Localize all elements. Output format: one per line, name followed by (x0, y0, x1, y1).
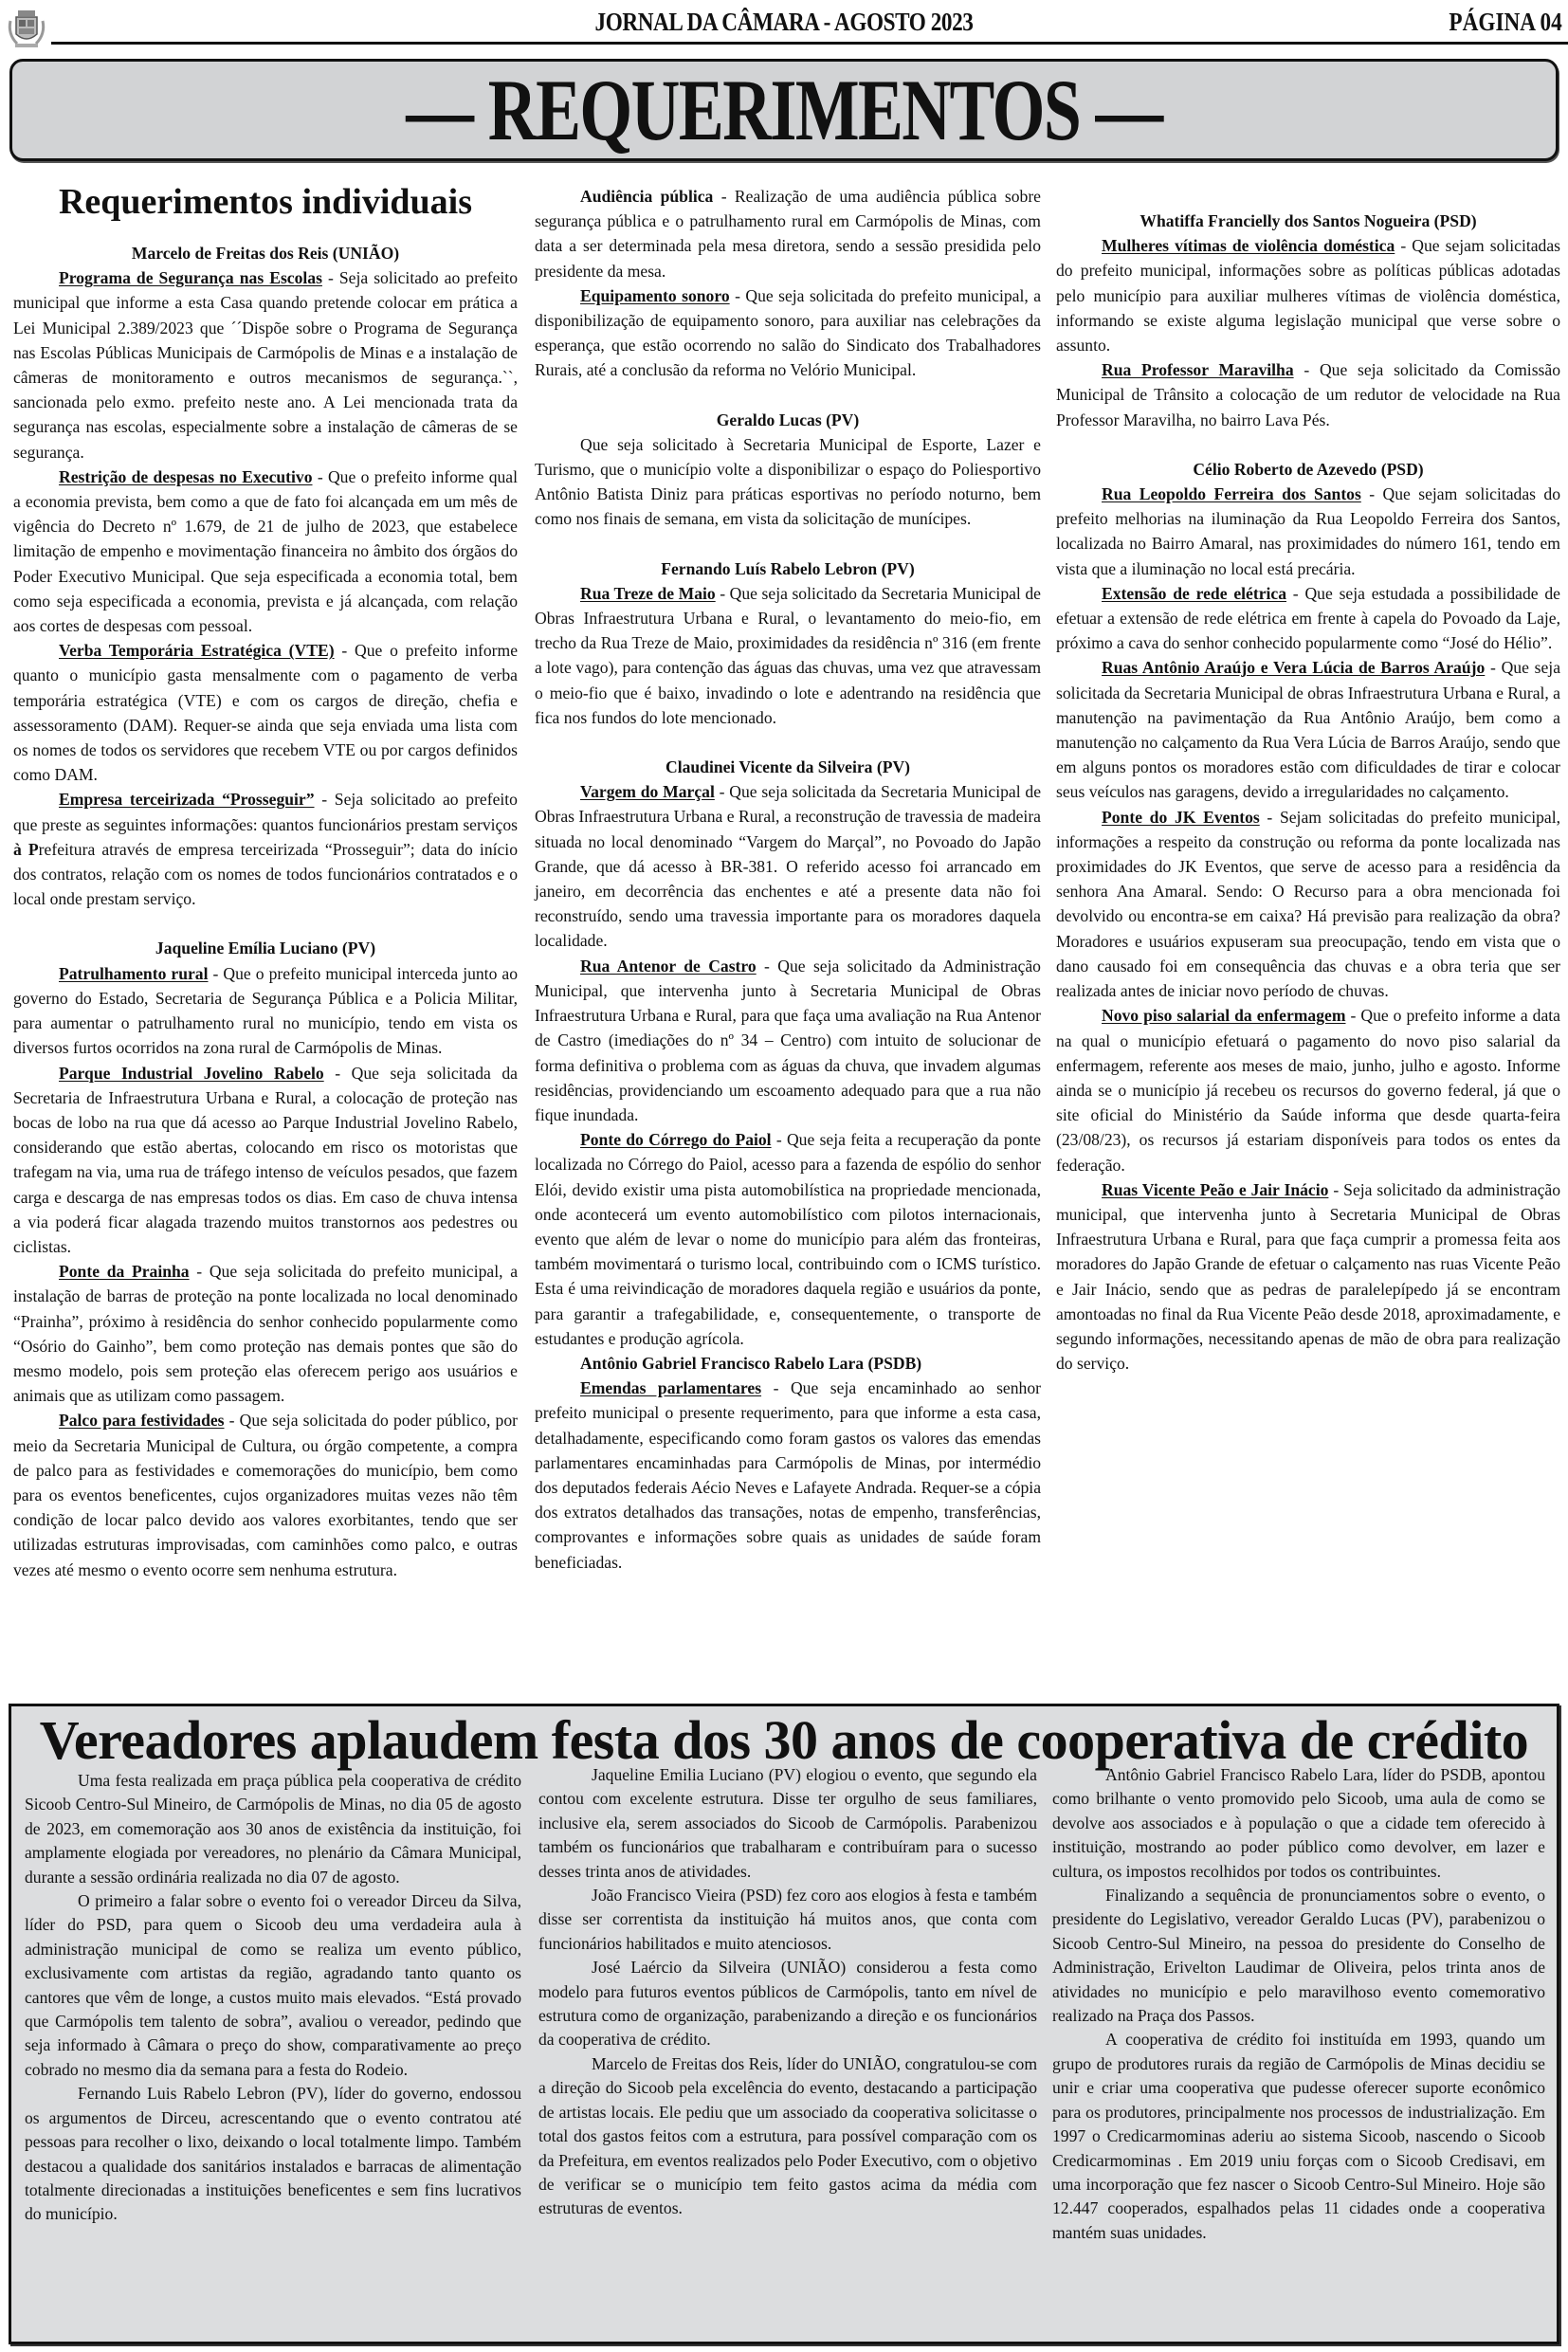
request-item: Patrulhamento rural - Que o prefeito mun… (13, 961, 518, 1061)
masthead-rule (51, 42, 1568, 45)
article-paragraph: A cooperativa de crédito foi instituída … (1052, 2028, 1545, 2245)
request-title: Ponte do JK Eventos (1102, 808, 1260, 827)
request-title: Extensão de rede elétrica (1102, 584, 1286, 603)
author-heading: Jaqueline Emília Luciano (PV) (13, 936, 518, 960)
request-title: Rua Leopoldo Ferreira dos Santos (1102, 484, 1361, 503)
request-title: Restrição de despesas no Executivo (59, 467, 313, 486)
author-heading: Whatiffa Francielly dos Santos Nogueira … (1056, 209, 1560, 233)
request-item: Mulheres vítimas de violência doméstica … (1056, 233, 1560, 357)
request-title: Rua Antenor de Castro (580, 957, 757, 975)
request-title: Rua Treze de Maio (580, 584, 716, 603)
request-item: Empresa terceirizada “Prosseguir” - Seja… (13, 787, 518, 911)
request-title: Rua Professor Maravilha (1102, 360, 1294, 379)
masthead: JORNAL DA CÂMARA - AGOSTO 2023 PÁGINA 04 (0, 0, 1568, 47)
request-title: Parque Industrial Jovelino Rabelo (59, 1064, 324, 1083)
request-title: Novo piso salarial da enfermagem (1102, 1006, 1346, 1025)
request-title: Ruas Antônio Araújo e Vera Lúcia de Barr… (1102, 658, 1485, 677)
request-item: Ruas Antônio Araújo e Vera Lúcia de Barr… (1056, 655, 1560, 804)
author-heading: Claudinei Vicente da Silveira (PV) (535, 755, 1041, 779)
author-heading: Antônio Gabriel Francisco Rabelo Lara (P… (535, 1351, 1041, 1376)
article-paragraph: O primeiro a falar sobre o evento foi o … (25, 1889, 521, 2082)
article-paragraph: Marcelo de Freitas dos Reis, líder do UN… (538, 2052, 1037, 2221)
request-item: Novo piso salarial da enfermagem - Que o… (1056, 1003, 1560, 1176)
article-column-1: Uma festa realizada em praça pública pel… (25, 1769, 521, 2227)
request-item: Parque Industrial Jovelino Rabelo - Que … (13, 1061, 518, 1260)
author-heading: Fernando Luís Rabelo Lebron (PV) (535, 556, 1041, 581)
request-item: Restrição de despesas no Executivo - Que… (13, 465, 518, 638)
section-banner: — REQUERIMENTOS — (9, 59, 1559, 161)
request-title: Vargem do Marçal (580, 782, 715, 801)
article-paragraph: Jaqueline Emilia Luciano (PV) elogiou o … (538, 1763, 1037, 1884)
request-title: Patrulhamento rural (59, 964, 209, 983)
request-title: Audiência pública (580, 187, 713, 206)
request-item: Programa de Segurança nas Escolas - Seja… (13, 265, 518, 465)
request-item: Ruas Vicente Peão e Jair Inácio - Seja s… (1056, 1177, 1560, 1377)
article-paragraph: José Laércio da Silveira (UNIÃO) conside… (538, 1956, 1037, 2052)
request-title: Ponte da Prainha (59, 1262, 190, 1281)
request-item: Que seja solicitado à Secretaria Municip… (535, 432, 1041, 532)
request-title: Ponte do Córrego do Paiol (580, 1130, 772, 1149)
page-number: PÁGINA 04 (1449, 8, 1562, 37)
coat-of-arms-icon (6, 8, 47, 49)
request-item: Audiência pública - Realização de uma au… (535, 184, 1041, 283)
column-3: Whatiffa Francielly dos Santos Nogueira … (1056, 184, 1560, 1376)
news-article-box: Vereadores aplaudem festa dos 30 anos de… (9, 1704, 1559, 2344)
request-title: Verba Temporária Estratégica (VTE) (59, 641, 335, 660)
request-title: Mulheres vítimas de violência doméstica (1102, 236, 1395, 255)
column-1: Requerimentos individuais Marcelo de Fre… (13, 180, 518, 1582)
request-item: Equipamento sonoro - Que seja solicitada… (535, 283, 1041, 383)
section-banner-title: — REQUERIMENTOS — (182, 62, 1386, 158)
article-headline: Vereadores aplaudem festa dos 30 anos de… (11, 1712, 1557, 1769)
request-title: Emendas parlamentares (580, 1378, 761, 1397)
newspaper-title: JORNAL DA CÂMARA - AGOSTO 2023 (110, 8, 1458, 37)
request-item: Extensão de rede elétrica - Que seja est… (1056, 581, 1560, 656)
request-title: Ruas Vicente Peão e Jair Inácio (1102, 1180, 1328, 1199)
request-item: Verba Temporária Estratégica (VTE) - Que… (13, 638, 518, 787)
article-paragraph: Uma festa realizada em praça pública pel… (25, 1769, 521, 1889)
request-item: Ponte do Córrego do Paiol - Que seja fei… (535, 1127, 1041, 1351)
article-column-2: Jaqueline Emilia Luciano (PV) elogiou o … (538, 1763, 1037, 2221)
author-heading: Geraldo Lucas (PV) (535, 408, 1041, 432)
request-title: Empresa terceirizada “Prosseguir” (59, 790, 315, 809)
article-paragraph: Fernando Luis Rabelo Lebron (PV), líder … (25, 2082, 521, 2226)
article-paragraph: João Francisco Vieira (PSD) fez coro aos… (538, 1884, 1037, 1956)
request-item: Ponte do JK Eventos - Sejam solicitadas … (1056, 805, 1560, 1004)
request-title: Equipamento sonoro (580, 286, 730, 305)
request-item: Rua Treze de Maio - Que seja solicitado … (535, 581, 1041, 730)
author-heading: Marcelo de Freitas dos Reis (UNIÃO) (13, 241, 518, 265)
request-title: Palco para festividades (59, 1411, 225, 1430)
request-item: Rua Antenor de Castro - Que seja solicit… (535, 954, 1041, 1127)
request-title: Programa de Segurança nas Escolas (59, 268, 322, 287)
column-2: Audiência pública - Realização de uma au… (535, 184, 1041, 1575)
request-item: Ponte da Prainha - Que seja solicitada d… (13, 1259, 518, 1408)
request-item: Vargem do Marçal - Que seja solicitada d… (535, 779, 1041, 953)
request-item: Emendas parlamentares - Que seja encamin… (535, 1376, 1041, 1575)
article-column-3: Antônio Gabriel Francisco Rabelo Lara, l… (1052, 1763, 1545, 2245)
section-title: Requerimentos individuais (13, 180, 518, 224)
author-heading: Célio Roberto de Azevedo (PSD) (1056, 457, 1560, 482)
request-item: Rua Leopoldo Ferreira dos Santos - Que s… (1056, 482, 1560, 581)
article-paragraph: Finalizando a sequência de pronunciament… (1052, 1884, 1545, 2028)
article-paragraph: Antônio Gabriel Francisco Rabelo Lara, l… (1052, 1763, 1545, 1884)
request-item: Rua Professor Maravilha - Que seja solic… (1056, 357, 1560, 432)
request-item: Palco para festividades - Que seja solic… (13, 1408, 518, 1581)
